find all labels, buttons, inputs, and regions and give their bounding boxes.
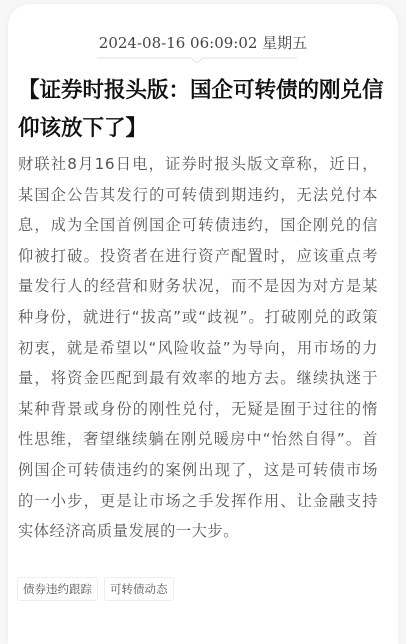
article-card: 2024-08-16 06:09:02 星期五 【证券时报头版：国企可转债的刚兑…	[8, 4, 398, 619]
date-divider	[97, 56, 297, 66]
tag-bond-default-tracking[interactable]: 债券违约跟踪	[17, 577, 98, 601]
tag-convertible-bond-news[interactable]: 可转债动态	[104, 577, 174, 601]
article-body: 财联社8月16日电，证券时报头版文章称，近日，某国企公告其发行的可转债到期违约，…	[18, 149, 378, 547]
publish-datetime: 2024-08-16 06:09:02 星期五	[8, 32, 398, 53]
tag-list: 债券违约跟踪 可转债动态	[17, 577, 174, 601]
article-title: 【证券时报头版：国企可转债的刚兑信仰该放下了】	[18, 72, 388, 148]
